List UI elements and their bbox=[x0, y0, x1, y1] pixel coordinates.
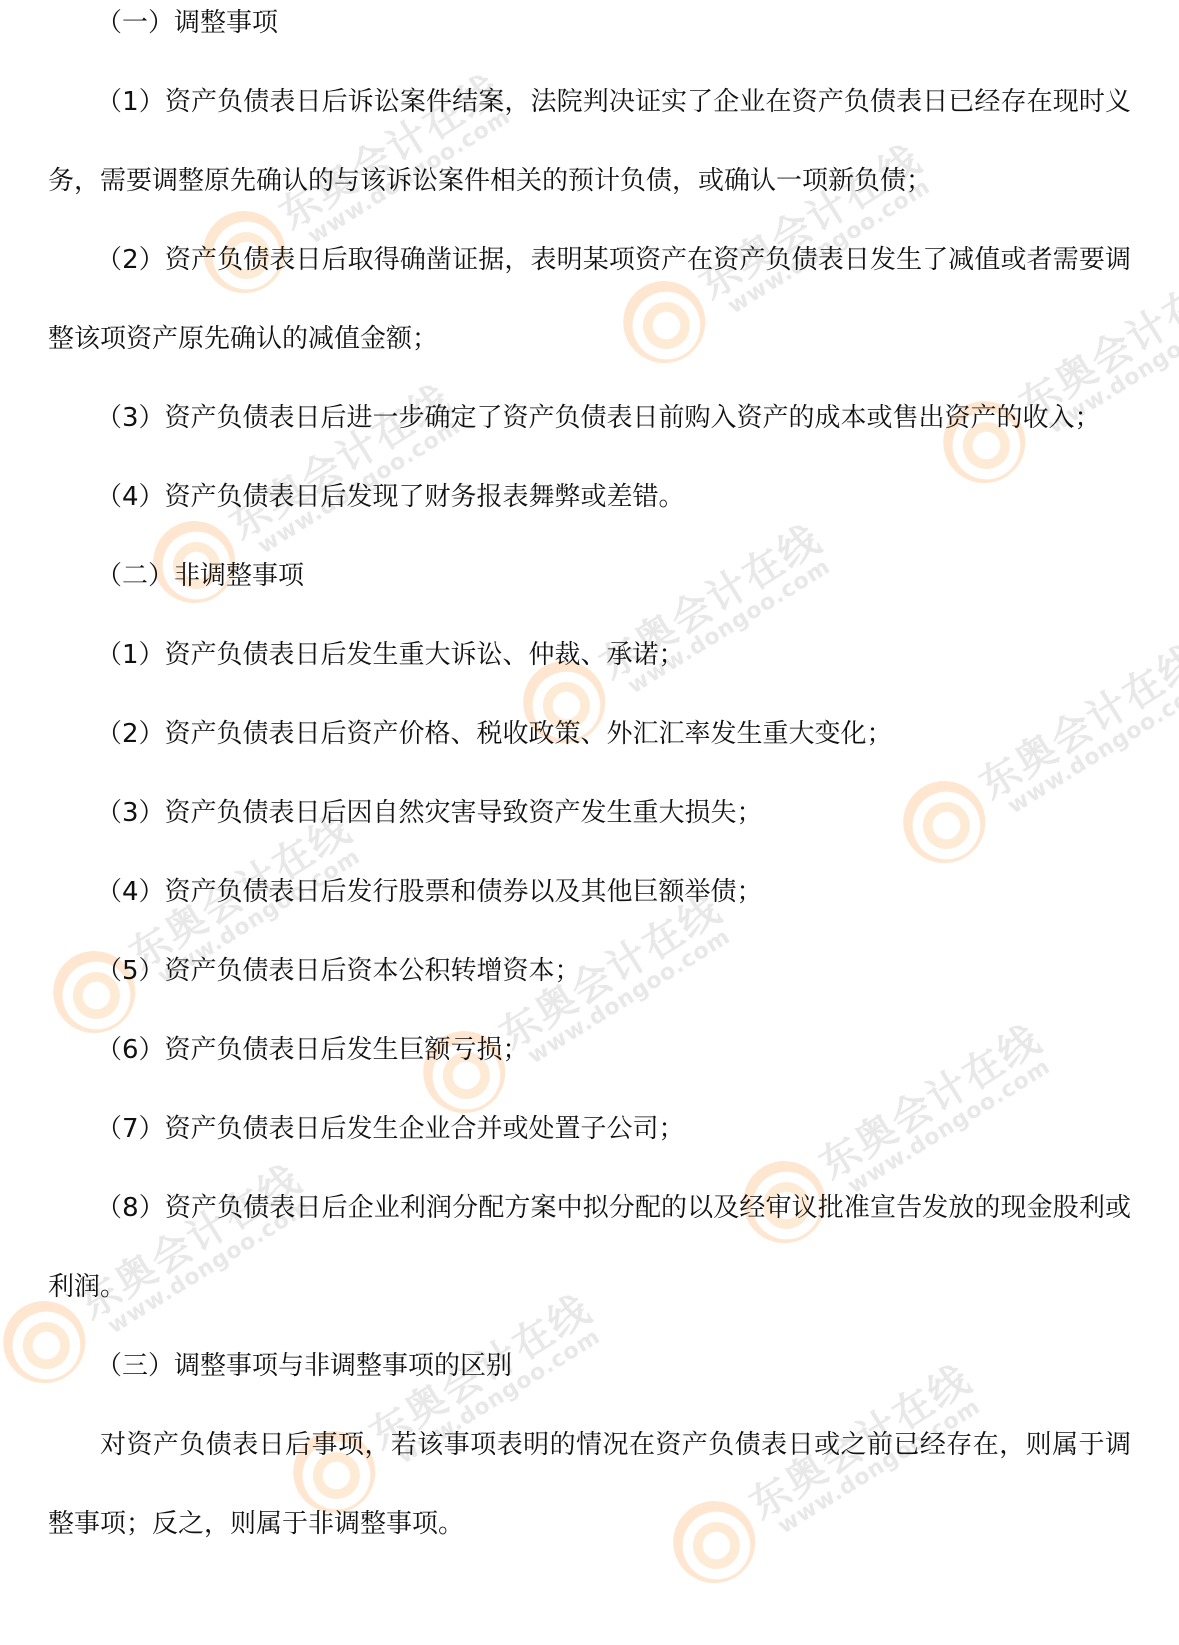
list-item: （6）资产负债表日后发生巨额亏损； bbox=[48, 1011, 1131, 1090]
body-paragraph: 对资产负债表日后事项，若该事项表明的情况在资产负债表日或之前已经存在，则属于调整… bbox=[48, 1406, 1131, 1564]
document-body: （一）调整事项 （1）资产负债表日后诉讼案件结案，法院判决证实了企业在资产负债表… bbox=[0, 0, 1179, 1564]
list-item: （8）资产负债表日后企业利润分配方案中拟分配的以及经审议批准宣告发放的现金股利或… bbox=[48, 1169, 1131, 1327]
list-item: （4）资产负债表日后发行股票和债券以及其他巨额举债； bbox=[48, 853, 1131, 932]
list-item: （2）资产负债表日后资产价格、税收政策、外汇汇率发生重大变化； bbox=[48, 695, 1131, 774]
list-item: （7）资产负债表日后发生企业合并或处置子公司； bbox=[48, 1090, 1131, 1169]
list-item: （5）资产负债表日后资本公积转增资本； bbox=[48, 932, 1131, 1011]
section-heading: （三）调整事项与非调整事项的区别 bbox=[48, 1327, 1131, 1406]
list-item: （4）资产负债表日后发现了财务报表舞弊或差错。 bbox=[48, 458, 1131, 537]
list-item: （2）资产负债表日后取得确凿证据，表明某项资产在资产负债表日发生了减值或者需要调… bbox=[48, 221, 1131, 379]
list-item: （3）资产负债表日后进一步确定了资产负债表日前购入资产的成本或售出资产的收入； bbox=[48, 379, 1131, 458]
section-heading: （二）非调整事项 bbox=[48, 537, 1131, 616]
section-heading: （一）调整事项 bbox=[48, 0, 1131, 63]
list-item: （3）资产负债表日后因自然灾害导致资产发生重大损失； bbox=[48, 774, 1131, 853]
list-item: （1）资产负债表日后诉讼案件结案，法院判决证实了企业在资产负债表日已经存在现时义… bbox=[48, 63, 1131, 221]
list-item: （1）资产负债表日后发生重大诉讼、仲裁、承诺； bbox=[48, 616, 1131, 695]
